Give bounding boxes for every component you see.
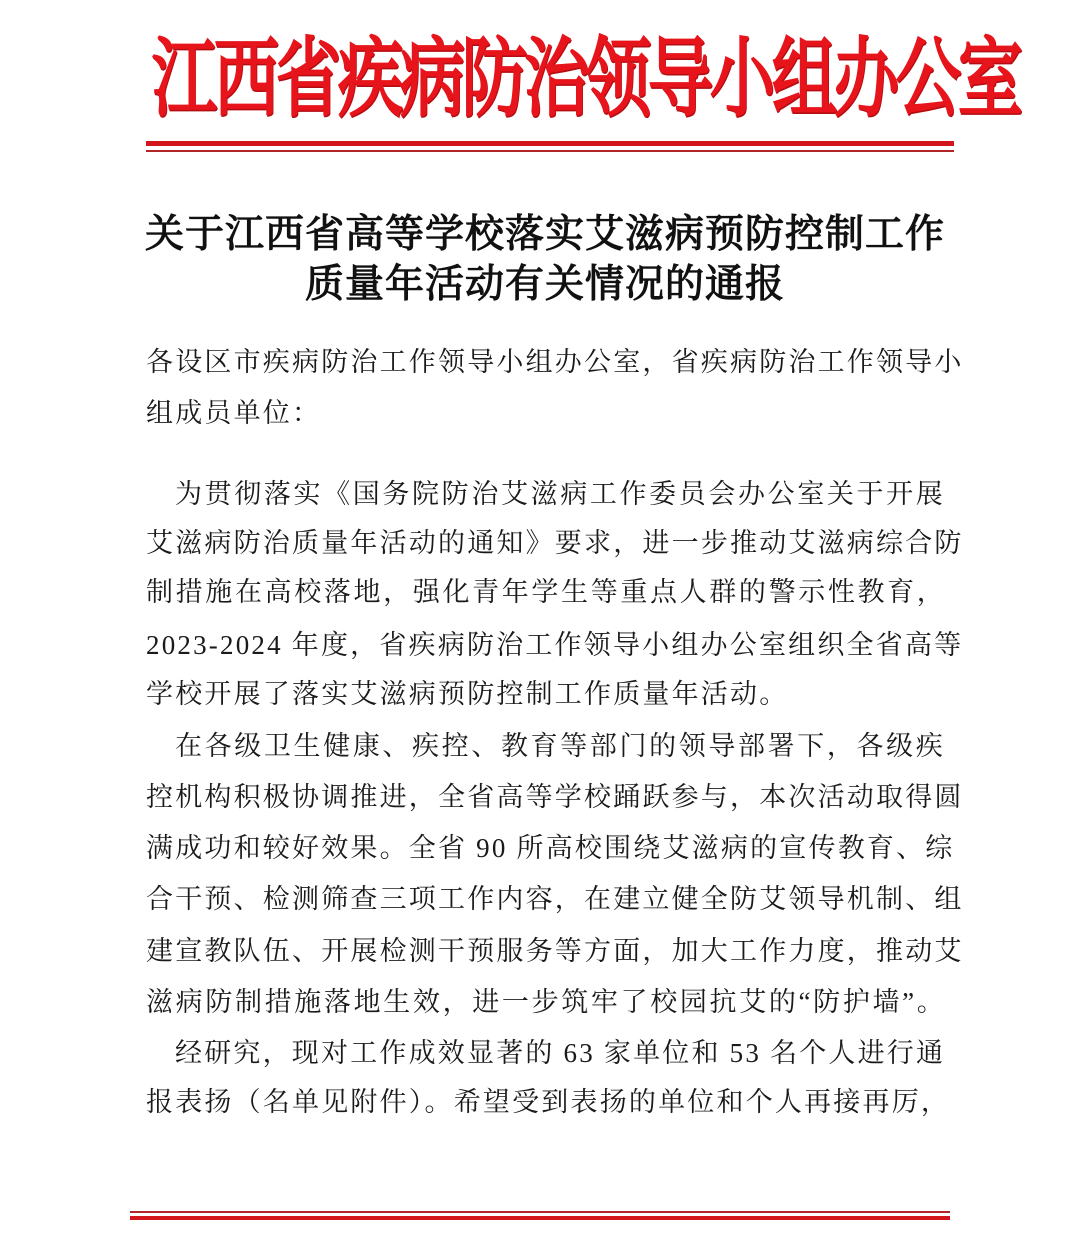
masthead-char: 公 [896, 24, 947, 132]
document-page: 江 西 省 疾 病 防 治 领 导 小 组 办 公 室 关于江西省高等学校落实艾… [0, 0, 1080, 1239]
paragraph-1-line: 2023-2024 年度，省疾病防治工作领导小组办公室组织全省高等 [146, 627, 946, 663]
masthead-char: 组 [772, 24, 823, 132]
footer-rule-thin [130, 1211, 950, 1213]
paragraph-2-line: 滋病防制措施落地生效，进一步筑牢了校园抗艾的“防护墙”。 [146, 984, 946, 1020]
salutation-line: 各设区市疾病防治工作领导小组办公室，省疾病防治工作领导小 [146, 344, 946, 380]
footer-rule-thick [130, 1216, 950, 1220]
paragraph-3-line: 经研究，现对工作成效显著的 63 家单位和 53 名个人进行通 [175, 1035, 945, 1071]
paragraph-2-line: 在各级卫生健康、疾控、教育等部门的领导部署下，各级疾 [175, 728, 945, 764]
paragraph-2-line: 建宣教队伍、开展检测干预服务等方面，加大工作力度，推动艾 [146, 933, 946, 969]
paragraph-1-line: 制措施在高校落地，强化青年学生等重点人群的警示性教育， [146, 574, 946, 610]
paragraph-3-line: 报表扬（名单见附件）。希望受到表扬的单位和个人再接再厉， [146, 1084, 946, 1120]
header-rule-thick [146, 141, 954, 146]
masthead-char: 省 [276, 24, 327, 132]
salutation-line: 组成员单位： [146, 395, 946, 431]
document-title-line-1: 关于江西省高等学校落实艾滋病预防控制工作 [130, 210, 960, 260]
masthead-char: 办 [834, 24, 885, 132]
masthead-title: 江 西 省 疾 病 防 治 领 导 小 组 办 公 室 [146, 28, 954, 128]
masthead-char: 室 [958, 24, 1009, 132]
paragraph-2-line: 合干预、检测筛查三项工作内容，在建立健全防艾领导机制、组 [146, 881, 946, 917]
masthead-char: 治 [524, 24, 575, 132]
masthead-char: 江 [152, 24, 203, 132]
masthead-char: 疾 [338, 24, 389, 132]
paragraph-2-line: 满成功和较好效果。全省 90 所高校围绕艾滋病的宣传教育、综 [146, 830, 946, 866]
masthead-char: 西 [214, 24, 265, 132]
paragraph-2-line: 控机构积极协调推进，全省高等学校踊跃参与，本次活动取得圆 [146, 779, 946, 815]
paragraph-1-line: 艾滋病防治质量年活动的通知》要求，进一步推动艾滋病综合防 [146, 525, 946, 561]
paragraph-1-line: 学校开展了落实艾滋病预防控制工作质量年活动。 [146, 676, 946, 712]
masthead-char: 领 [586, 24, 637, 132]
masthead-char: 病 [400, 24, 451, 132]
masthead-char: 防 [462, 24, 513, 132]
paragraph-1-line: 为贯彻落实《国务院防治艾滋病工作委员会办公室关于开展 [175, 476, 945, 512]
masthead-char: 导 [648, 24, 699, 132]
masthead-char: 小 [710, 24, 761, 132]
document-title-line-2: 质量年活动有关情况的通报 [130, 260, 960, 310]
header-rule-thin [146, 150, 954, 152]
